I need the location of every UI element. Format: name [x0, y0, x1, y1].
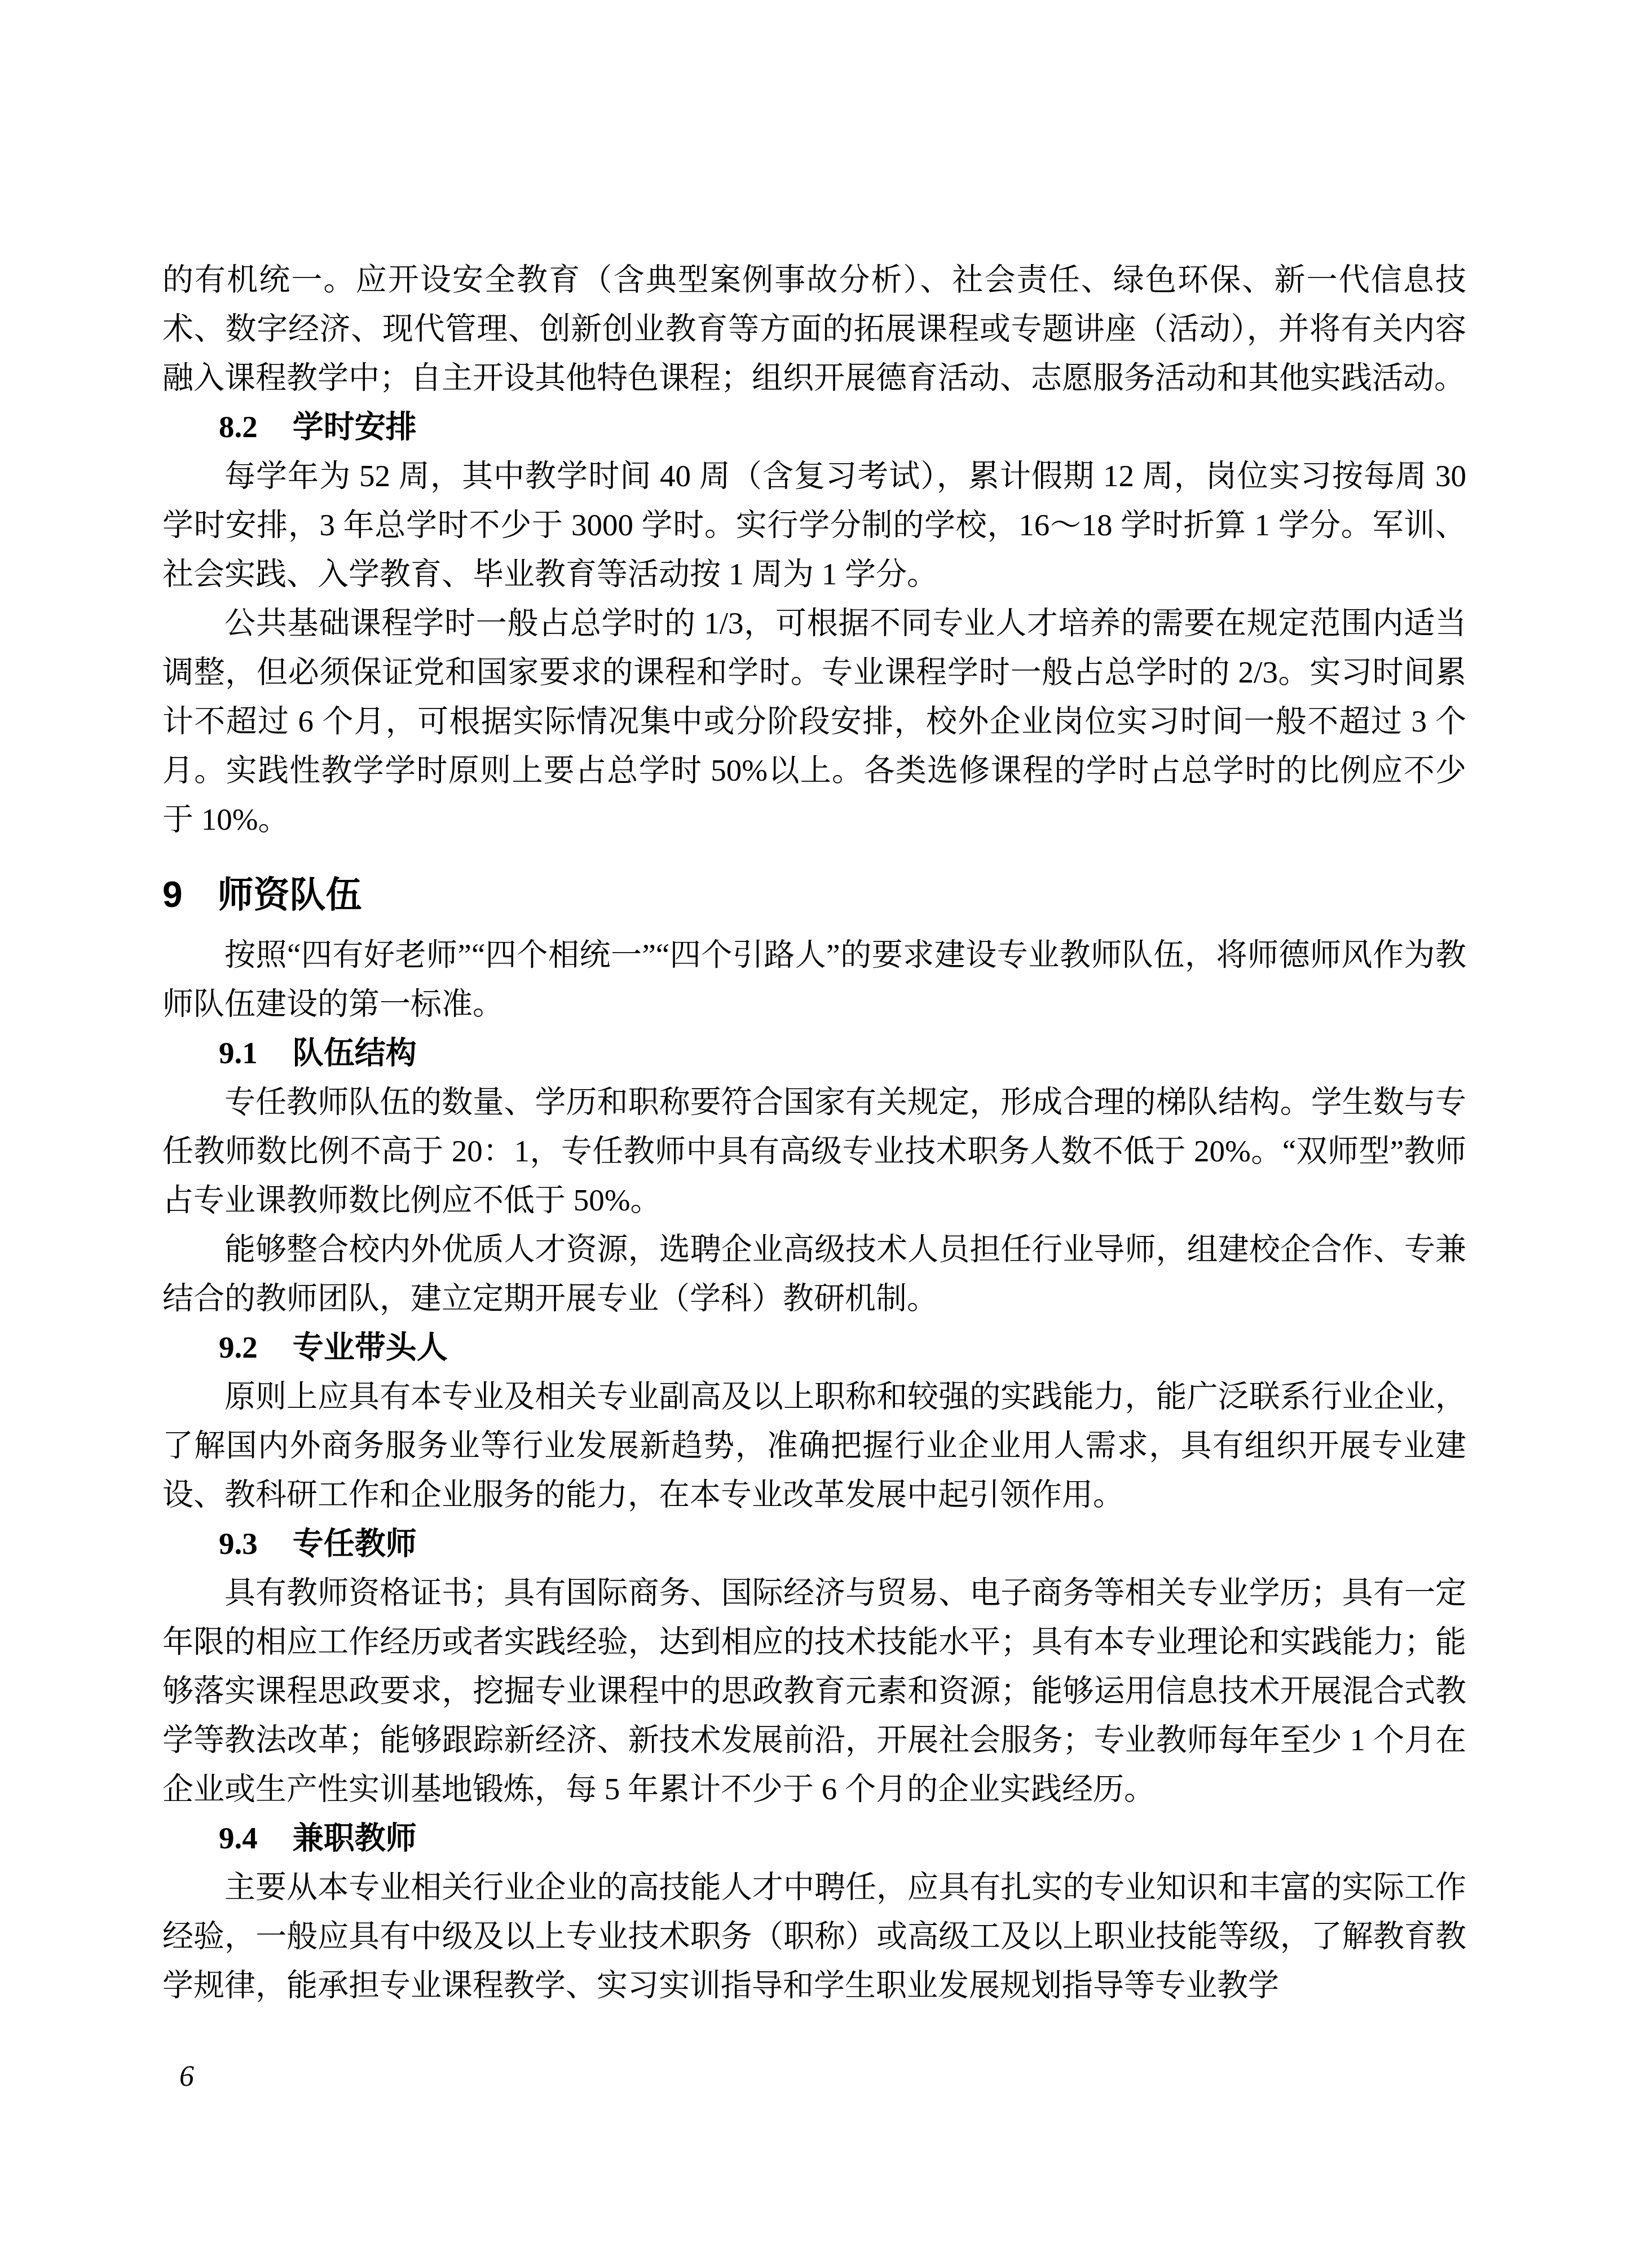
heading-9-3-full-time-teachers: 9.3专任教师 — [162, 1519, 1466, 1568]
paragraph-course-hour-ratios: 公共基础课程学时一般占总学时的 1/3，可根据不同专业人才培养的需要在规定范围内… — [162, 598, 1466, 844]
heading-title: 专业带头人 — [293, 1330, 448, 1364]
heading-title: 学时安排 — [293, 409, 417, 444]
heading-number: 9.3 — [219, 1526, 258, 1561]
paragraph-teacher-requirements: 按照“四有好老师”“四个相统一”“四个引路人”的要求建设专业教师队伍，将师德师风… — [162, 930, 1466, 1028]
paragraph-program-leader-requirements: 原则上应具有本专业及相关专业副高及以上职称和较强的实践能力，能广泛联系行业企业，… — [162, 1372, 1466, 1519]
heading-title: 队伍结构 — [293, 1036, 417, 1070]
heading-number: 9 — [162, 874, 183, 915]
heading-9-1-team-structure: 9.1队伍结构 — [162, 1028, 1466, 1077]
heading-title: 兼职教师 — [293, 1821, 417, 1855]
paragraph-continuation: 的有机统一。应开设安全教育（含典型案例事故分析）、社会责任、绿色环保、新一代信息… — [162, 255, 1466, 402]
paragraph-part-time-teacher-requirements: 主要从本专业相关行业企业的高技能人才中聘任，应具有扎实的专业知识和丰富的实际工作… — [162, 1862, 1466, 2010]
paragraph-team-structure-ratios: 专任教师队伍的数量、学历和职称要符合国家有关规定，形成合理的梯队结构。学生数与专… — [162, 1077, 1466, 1225]
heading-number: 9.2 — [219, 1330, 258, 1364]
heading-number: 9.1 — [219, 1036, 258, 1070]
heading-9-2-program-leader: 9.2专业带头人 — [162, 1323, 1466, 1372]
heading-8-2-study-hours: 8.2学时安排 — [162, 402, 1466, 451]
paragraph-full-time-teacher-requirements: 具有教师资格证书；具有国际商务、国际经济与贸易、电子商务等相关专业学历；具有一定… — [162, 1568, 1466, 1813]
heading-9-4-part-time-teachers: 9.4兼职教师 — [162, 1813, 1466, 1862]
document-page: { "document": { "language": "zh-CN", "pa… — [0, 0, 1627, 2268]
heading-number: 8.2 — [219, 409, 258, 444]
heading-title: 专任教师 — [293, 1526, 417, 1561]
paragraph-talent-resources: 能够整合校内外优质人才资源，选聘企业高级技术人员担任行业导师，组建校企合作、专兼… — [162, 1225, 1466, 1323]
page-number: 6 — [179, 2060, 194, 2094]
heading-number: 9.4 — [219, 1821, 258, 1855]
paragraph-school-year-weeks: 每学年为 52 周，其中教学时间 40 周（含复习考试），累计假期 12 周，岗… — [162, 451, 1466, 598]
heading-title: 师资队伍 — [218, 874, 362, 915]
heading-9-faculty: 9师资队伍 — [162, 866, 1466, 923]
page-body-text: 的有机统一。应开设安全教育（含典型案例事故分析）、社会责任、绿色环保、新一代信息… — [162, 255, 1466, 2010]
